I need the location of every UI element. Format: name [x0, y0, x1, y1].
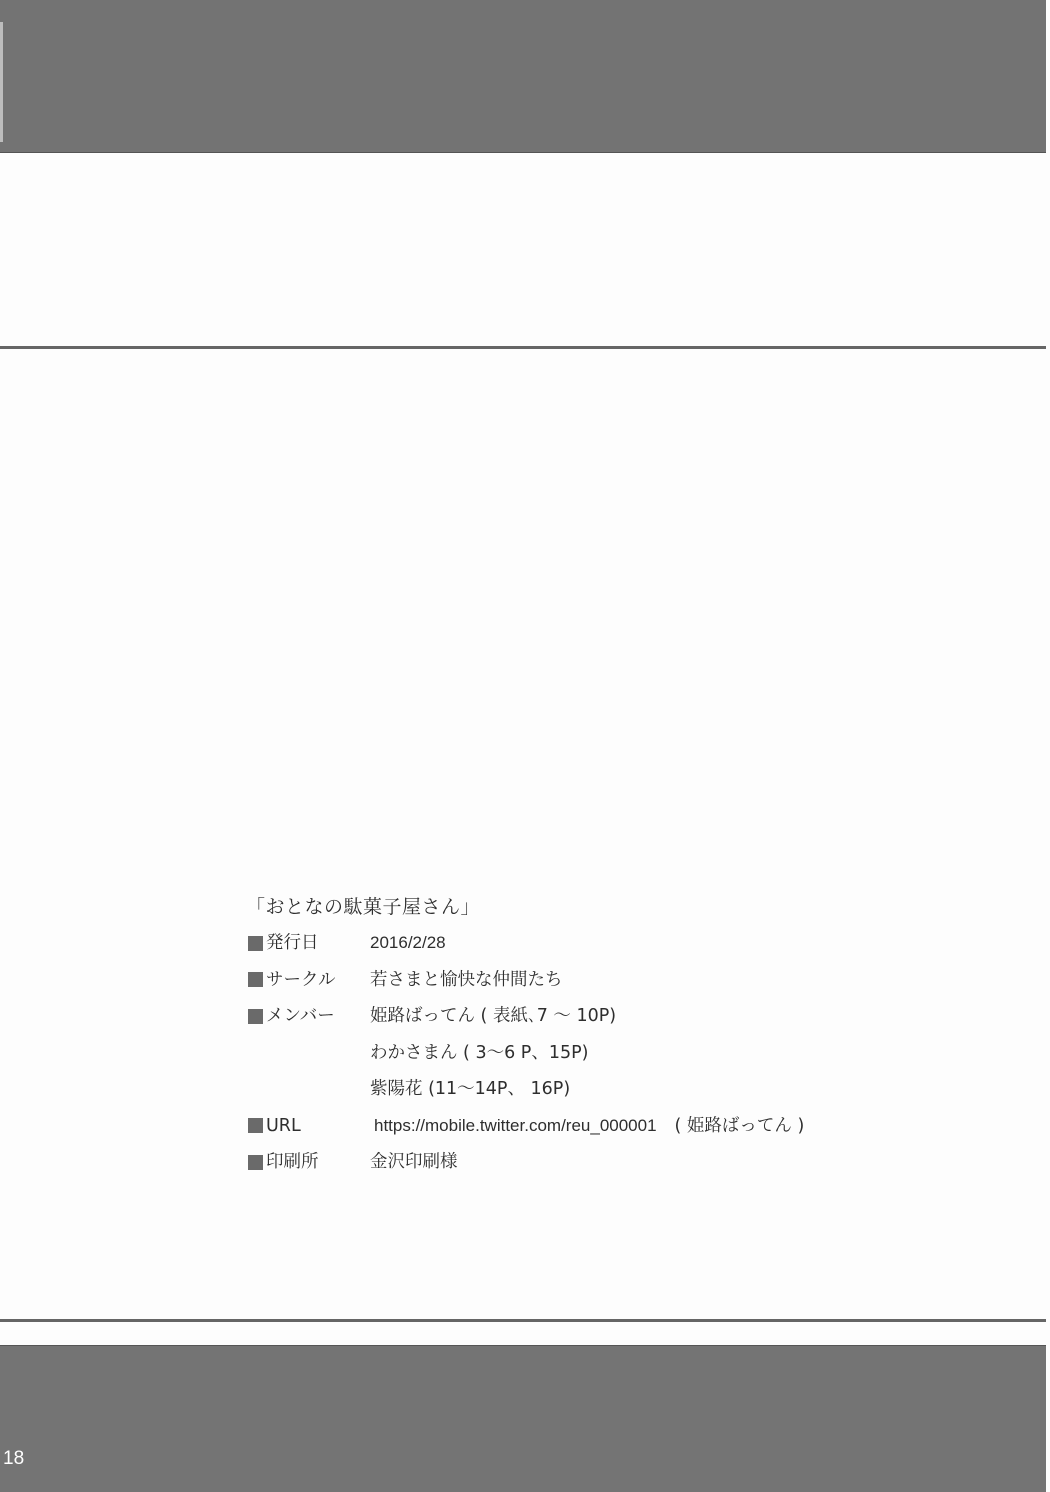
square-bullet-icon: [248, 1118, 263, 1133]
book-title: 「おとなの駄菓子屋さん」: [246, 889, 480, 925]
url-link[interactable]: https://mobile.twitter.com/reu_000001: [374, 1116, 657, 1135]
colophon-row-members: メンバー 姫路ばってん ( 表紙､7 ～ 10P): [246, 998, 480, 1035]
row-label: 印刷所: [248, 1144, 319, 1181]
colophon: 「おとなの駄菓子屋さん」 発行日 2016/2/28 サークル 若さまと愉快な仲…: [246, 889, 480, 1181]
colophon-row-publish-date: 発行日 2016/2/28: [246, 925, 480, 962]
lower-divider-rule: [0, 1319, 1046, 1322]
scan-edge-mark: [0, 22, 3, 142]
member-value: わかさまん ( 3～6 P、15P): [370, 1035, 589, 1072]
url-value: https://mobile.twitter.com/reu_000001( 姫…: [374, 1108, 804, 1145]
colophon-row-circle: サークル 若さまと愉快な仲間たち: [246, 962, 480, 999]
colophon-row-url: URL https://mobile.twitter.com/reu_00000…: [246, 1108, 480, 1145]
square-bullet-icon: [248, 1155, 263, 1170]
publish-date-value: 2016/2/28: [370, 925, 446, 962]
square-bullet-icon: [248, 936, 263, 951]
label-text: URL: [266, 1108, 301, 1145]
colophon-row-member-3: 紫陽花 (11～14P、 16P): [246, 1071, 480, 1108]
member-value: 姫路ばってん ( 表紙､7 ～ 10P): [370, 998, 616, 1035]
label-text: メンバー: [266, 998, 335, 1035]
square-bullet-icon: [248, 972, 263, 987]
row-label: メンバー: [248, 998, 335, 1035]
upper-divider-rule: [0, 346, 1046, 349]
row-label: サークル: [248, 962, 335, 999]
circle-value: 若さまと愉快な仲間たち: [370, 962, 563, 999]
page-number: 18: [3, 1448, 24, 1470]
label-text: サークル: [266, 962, 335, 999]
member-value: 紫陽花 (11～14P、 16P): [370, 1071, 570, 1108]
bottom-gray-band: [0, 1345, 1046, 1492]
colophon-row-member-2: わかさまん ( 3～6 P、15P): [246, 1035, 480, 1072]
top-gray-band: [0, 0, 1046, 153]
printer-value: 金沢印刷様: [370, 1144, 458, 1181]
row-label: URL: [248, 1108, 301, 1145]
label-text: 発行日: [266, 925, 319, 962]
square-bullet-icon: [248, 1009, 263, 1024]
row-label: 発行日: [248, 925, 319, 962]
label-text: 印刷所: [266, 1144, 319, 1181]
colophon-row-printer: 印刷所 金沢印刷様: [246, 1144, 480, 1181]
url-note: ( 姫路ばってん ): [675, 1116, 805, 1136]
